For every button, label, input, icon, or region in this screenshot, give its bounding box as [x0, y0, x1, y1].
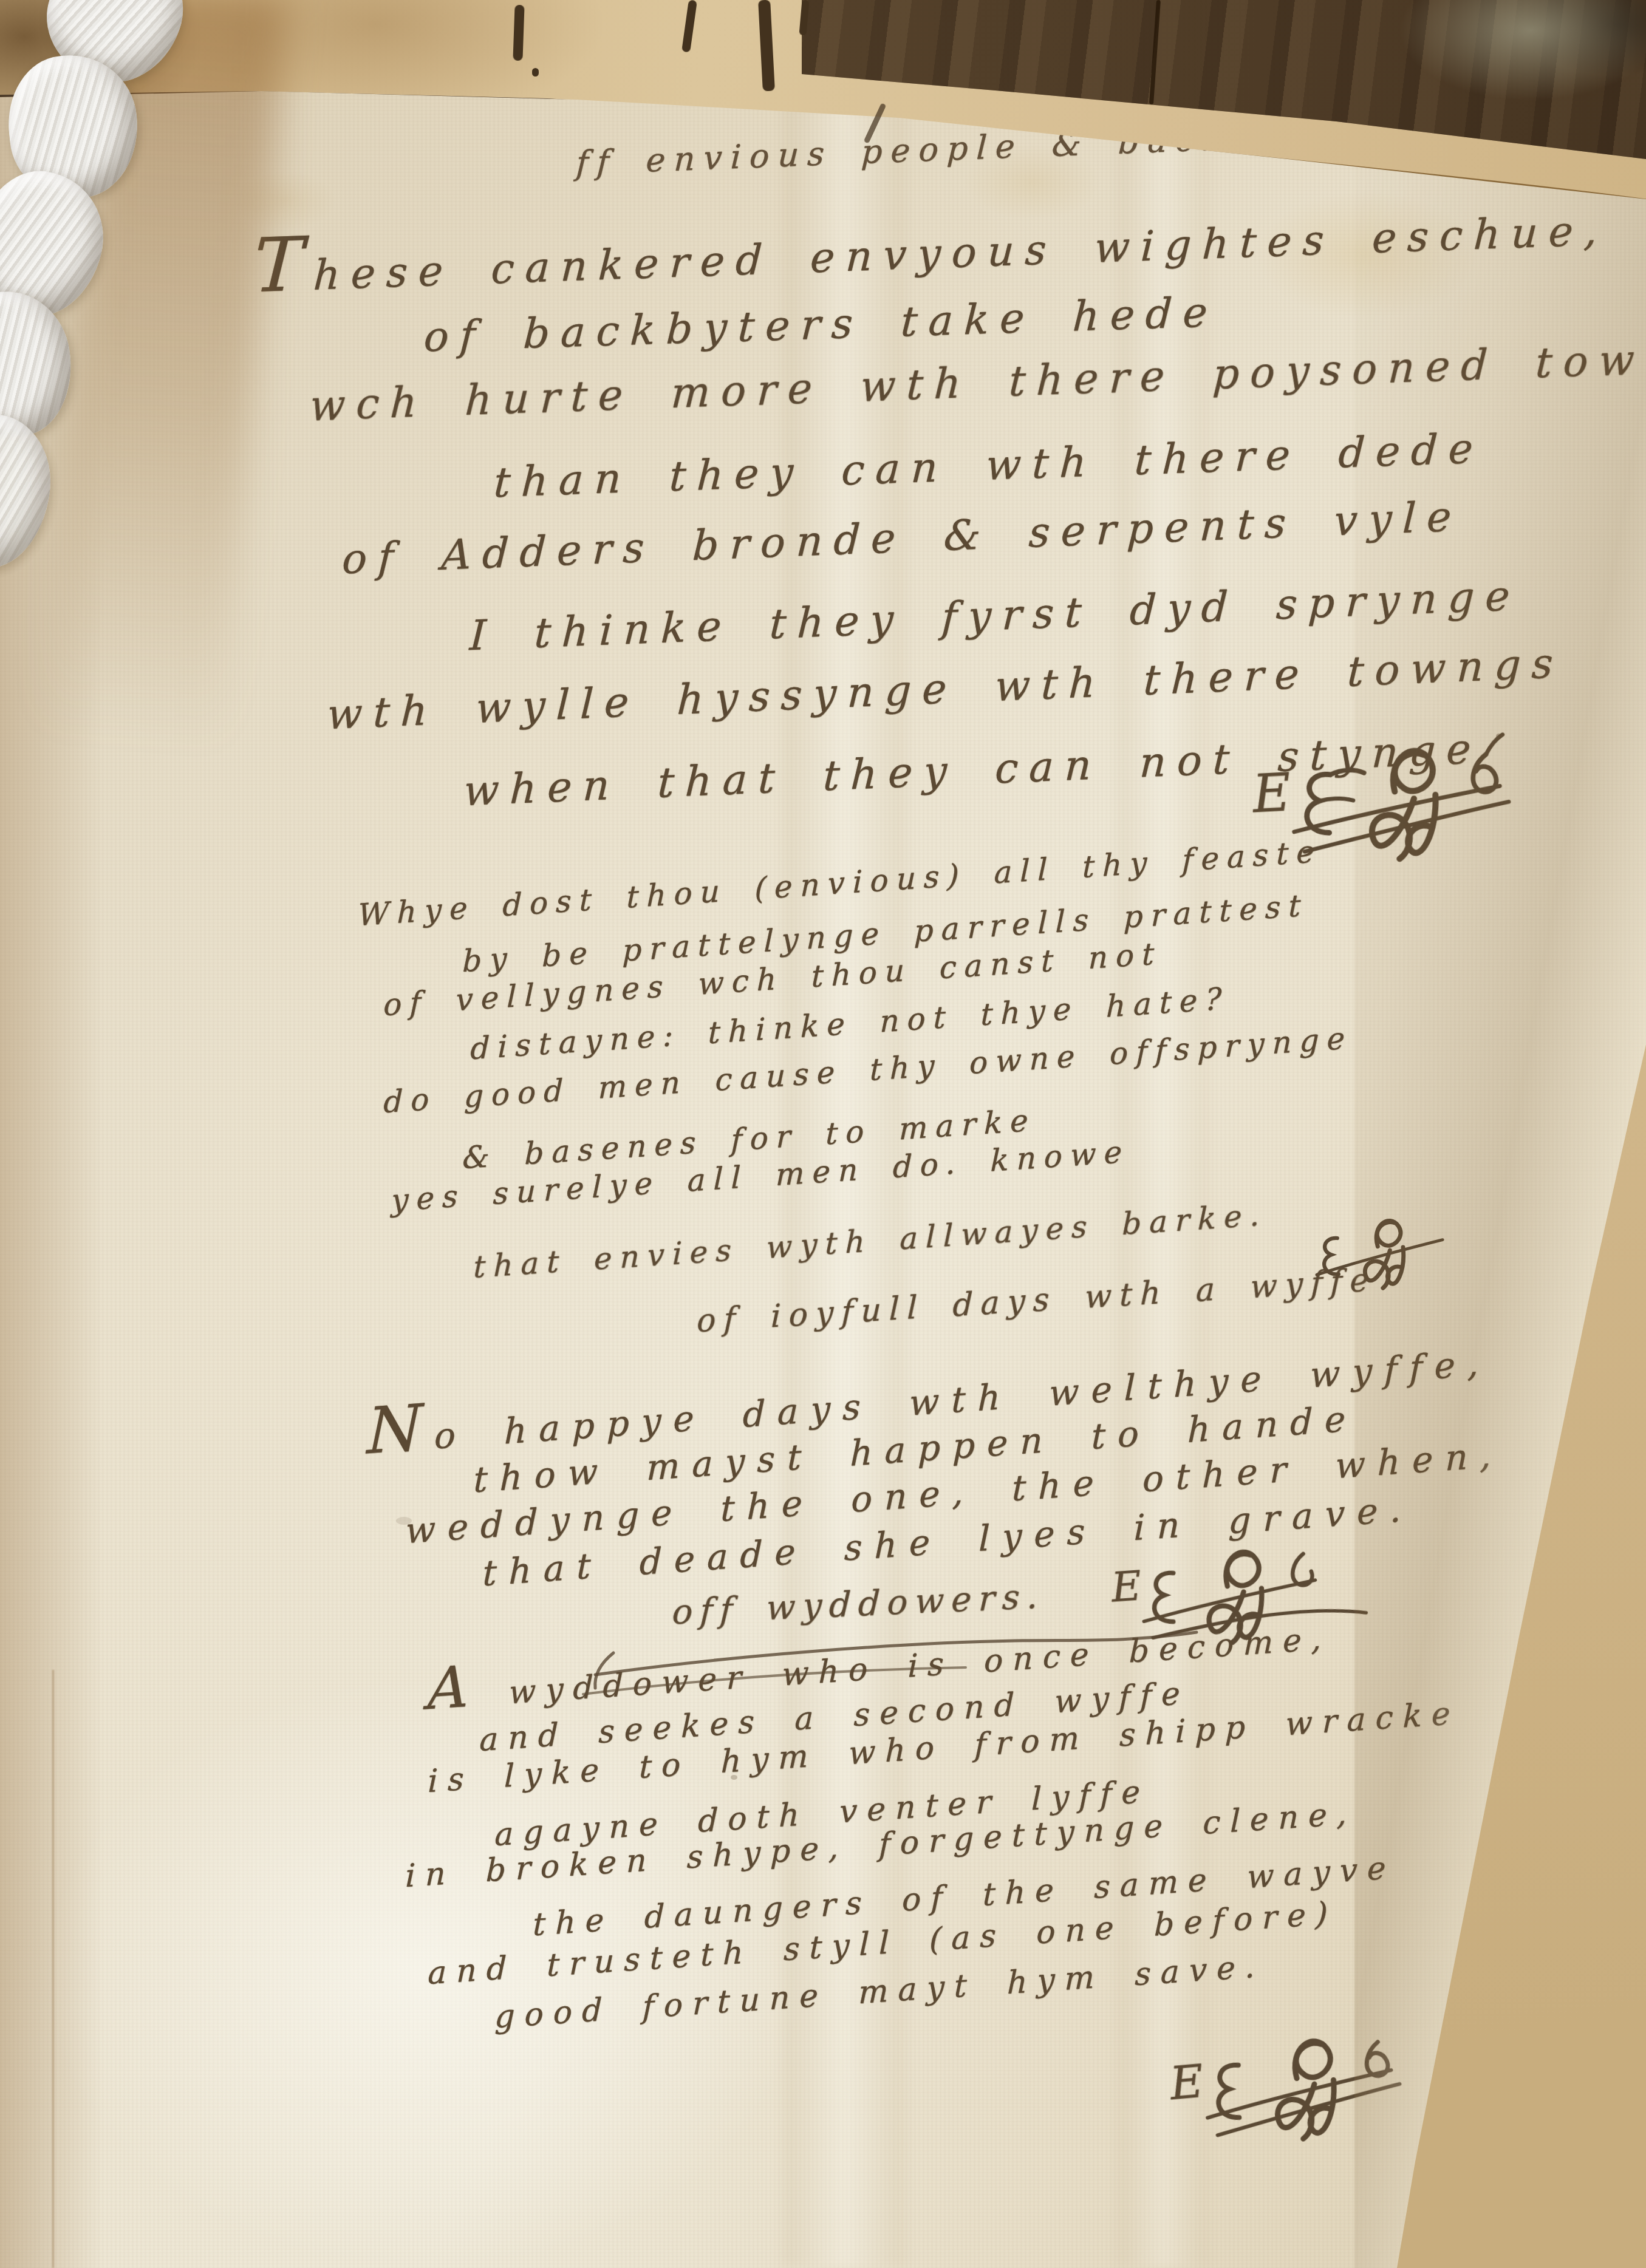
ink-stroke-fragment — [513, 5, 524, 61]
cloth-tie — [0, 0, 216, 710]
flourish-initial: E — [1251, 766, 1292, 820]
flourish-initial: E — [1110, 1565, 1142, 1608]
verse-line: of backbyters take hede — [423, 292, 1220, 358]
page-left-edge-seam — [52, 1670, 54, 2268]
verse-line: than they can wth there dede — [493, 428, 1484, 504]
cloth-tie-knot — [0, 407, 60, 574]
ink-speck — [1496, 734, 1502, 739]
scribal-flourish: E — [1184, 2015, 1415, 2173]
verse-line: These cankered envyous wightes eschue, — [252, 191, 1610, 299]
ink-stroke-fragment — [532, 68, 539, 77]
manuscript-photo: ff envious people & backbyters These can… — [0, 0, 1646, 2268]
flourish-initial: E — [1168, 2058, 1206, 2106]
verse-line: I thinke they fyrst dyd sprynge — [469, 576, 1522, 658]
